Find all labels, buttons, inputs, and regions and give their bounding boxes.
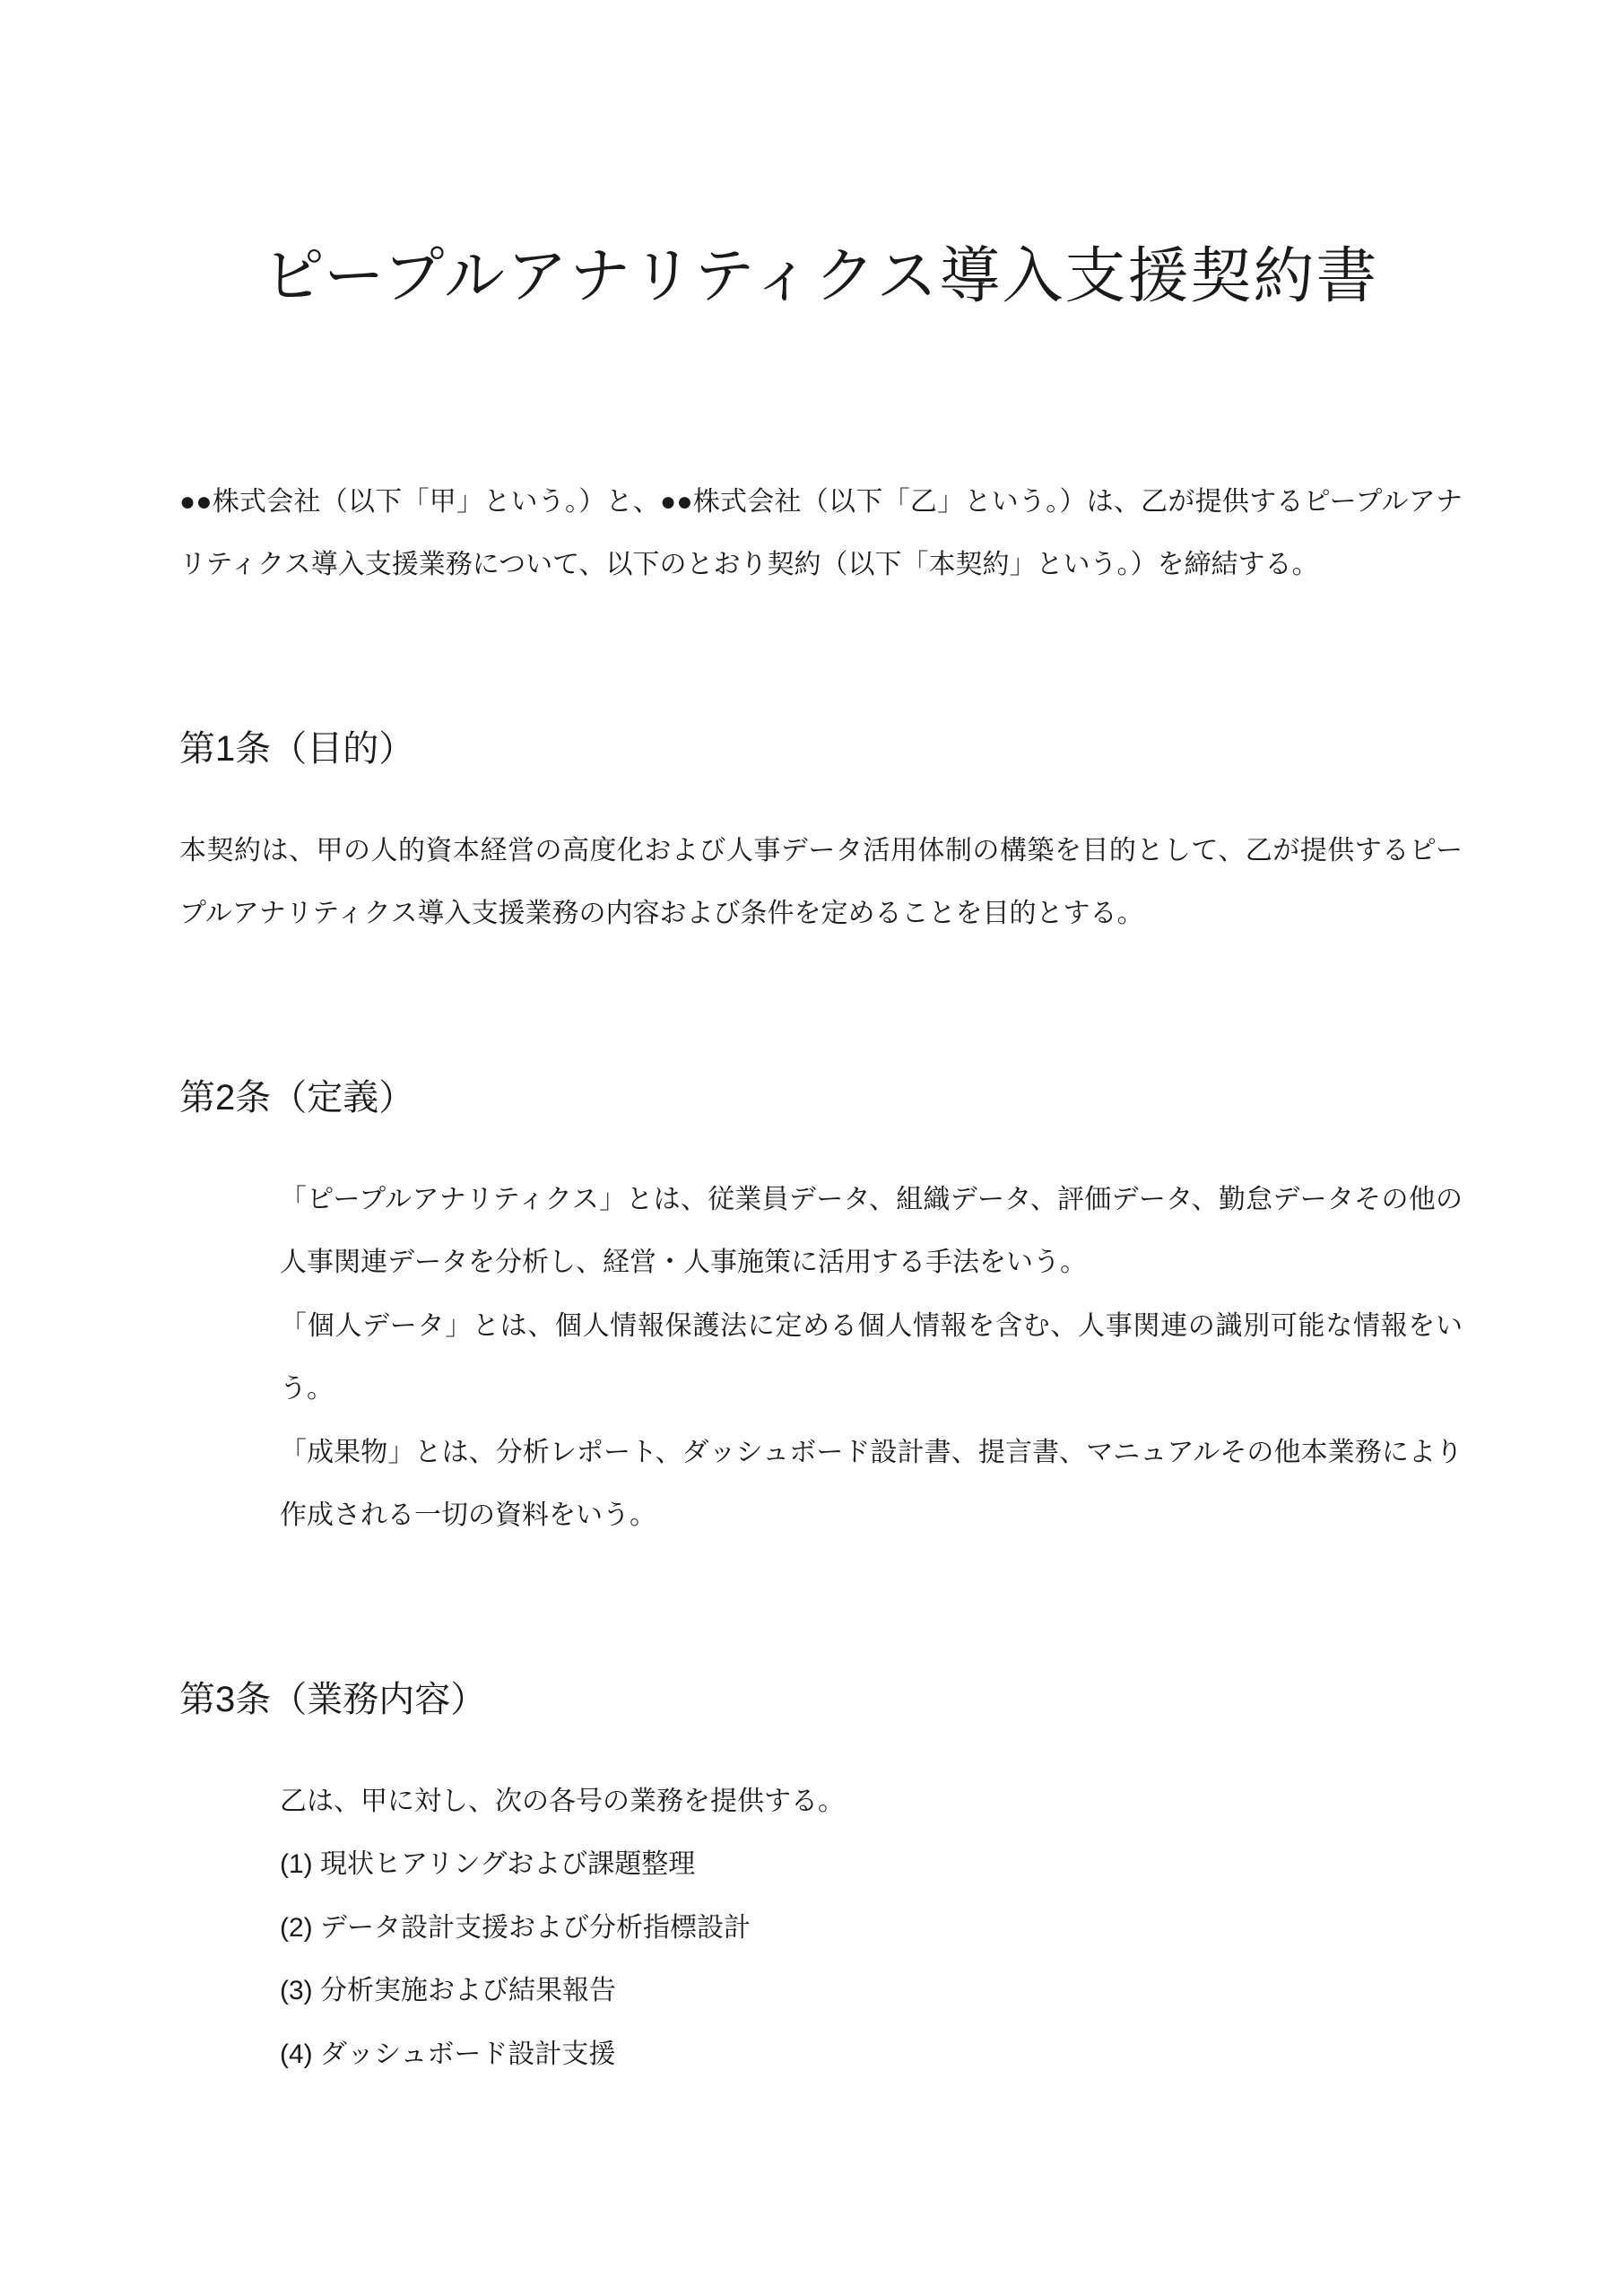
document-title: ピープルアナリティクス導入支援契約書 (179, 240, 1463, 314)
definition-item-3: 「成果物」とは、分析レポート、ダッシュボード設計書、提言書、マニュアルその他本業… (280, 1422, 1463, 1548)
definition-item-2: 「個人データ」とは、個人情報保護法に定める個人情報を含む、人事関連の識別可能な情… (280, 1295, 1463, 1422)
clause-1-body: 本契約は、甲の人的資本経営の高度化および人事データ活用体制の構築を目的として、乙… (179, 820, 1463, 946)
clause-3-lead: 乙は、甲に対し、次の各号の業務を提供する。 (280, 1770, 1463, 1834)
clause-3-list-item-2: (2) データ設計支援および分析指標設計 (280, 1897, 1463, 1961)
clause-3-list-item-1: (1) 現状ヒアリングおよび課題整理 (280, 1833, 1463, 1897)
document-page: ピープルアナリティクス導入支援契約書 ●●株式会社（以下「甲」という。）と、●●… (0, 0, 1624, 2296)
clause-2-heading: 第2条（定義） (179, 1076, 1463, 1119)
clause-1-paragraph: 本契約は、甲の人的資本経営の高度化および人事データ活用体制の構築を目的として、乙… (179, 820, 1463, 946)
clause-3-heading: 第3条（業務内容） (179, 1678, 1463, 1721)
definition-item-1: 「ピープルアナリティクス」とは、従業員データ、組織データ、評価データ、勤怠データ… (280, 1169, 1463, 1295)
clause-1-heading: 第1条（目的） (179, 727, 1463, 770)
clause-3-list-item-4: (4) ダッシュボード設計支援 (280, 2023, 1463, 2087)
intro-paragraph: ●●株式会社（以下「甲」という。）と、●●株式会社（以下「乙」という。）は、乙が… (179, 471, 1463, 597)
clause-3-body: 乙は、甲に対し、次の各号の業務を提供する。 (1) 現状ヒアリングおよび課題整理… (280, 1770, 1463, 2087)
clause-3-list-item-3: (3) 分析実施および結果報告 (280, 1960, 1463, 2023)
clause-2-body: 「ピープルアナリティクス」とは、従業員データ、組織データ、評価データ、勤怠データ… (280, 1169, 1463, 1548)
